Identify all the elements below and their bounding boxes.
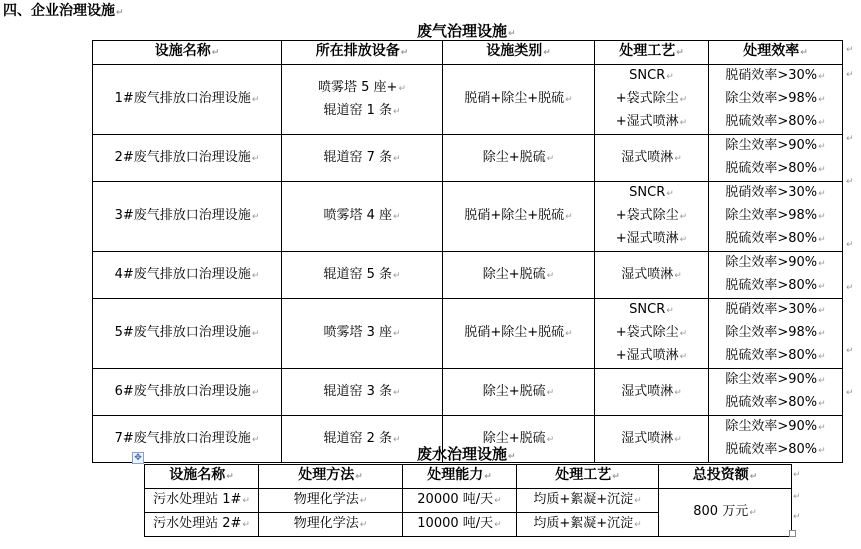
header-cell: 处理方法↵ [259, 465, 403, 489]
category-cell: 除尘+脱硫↵ [443, 135, 595, 182]
header-cell: 设施名称↵ [145, 465, 259, 489]
process-cell: SNCR↵+袋式除尘↵+湿式喷淋↵ [595, 299, 709, 369]
table-row: 3#废气排放口治理设施↵ 喷雾塔 4 座↵ 脱硝+除尘+脱硫↵ SNCR↵+袋式… [93, 182, 843, 252]
efficiency-cell: 脱硝效率>30%↵除尘效率>98%↵脱硫效率>80%↵ [709, 299, 843, 369]
capacity-cell: 20000 吨/天↵ [403, 489, 517, 513]
process-cell: 均质+絮凝+沉淀↵ [517, 489, 659, 513]
row-end-mark: ↵ [846, 70, 854, 80]
paragraph-mark: ↵ [508, 452, 516, 462]
header-cell: 所在排放设备↵ [282, 41, 443, 65]
row-end-mark: ↵ [846, 346, 854, 356]
method-cell: 物理化学法↵ [259, 513, 403, 537]
facility-name-cell: 2#废气排放口治理设施↵ [93, 135, 282, 182]
waste-gas-table: 设施名称↵ 所在排放设备↵ 设施类别↵ 处理工艺↵ 处理效率↵ 1#废气排放口治… [92, 40, 843, 463]
paragraph-mark: ↵ [116, 8, 124, 18]
equipment-cell: 喷雾塔 4 座↵ [282, 182, 443, 252]
header-cell: 处理工艺↵ [517, 465, 659, 489]
efficiency-cell: 除尘效率>90%↵脱硫效率>80%↵ [709, 369, 843, 416]
facility-name-cell: 5#废气排放口治理设施↵ [93, 299, 282, 369]
row-end-mark: ↵ [793, 512, 801, 522]
process-cell: 湿式喷淋↵ [595, 135, 709, 182]
row-end-mark: ↵ [846, 240, 854, 250]
table-row: 2#废气排放口治理设施↵ 辊道窑 7 条↵ 除尘+脱硫↵ 湿式喷淋↵ 除尘效率>… [93, 135, 843, 182]
table-header-row: 设施名称↵ 处理方法↵ 处理能力↵ 处理工艺↵ 总投资额↵ [145, 465, 792, 489]
process-cell: SNCR↵+袋式除尘↵+湿式喷淋↵ [595, 65, 709, 135]
process-cell: 湿式喷淋↵ [595, 369, 709, 416]
row-end-mark: ↵ [793, 492, 801, 502]
efficiency-cell: 除尘效率>90%↵脱硫效率>80%↵ [709, 135, 843, 182]
water-table-caption: 废水治理设施↵ [417, 445, 516, 466]
header-cell: 总投资额↵ [659, 465, 792, 489]
category-cell: 脱硝+除尘+脱硫↵ [443, 299, 595, 369]
row-end-mark: ↵ [846, 134, 854, 144]
facility-name-cell: 污水处理站 2#↵ [145, 513, 259, 537]
efficiency-cell: 脱硝效率>30%↵除尘效率>98%↵脱硫效率>80%↵ [709, 182, 843, 252]
category-cell: 脱硝+除尘+脱硫↵ [443, 182, 595, 252]
table-header-row: 设施名称↵ 所在排放设备↵ 设施类别↵ 处理工艺↵ 处理效率↵ [93, 41, 843, 65]
section-heading: 四、企业治理设施↵ [3, 2, 124, 22]
table-row: 1#废气排放口治理设施↵ 喷雾塔 5 座+↵辊道窑 1 条↵ 脱硝+除尘+脱硫↵… [93, 65, 843, 135]
capacity-cell: 10000 吨/天↵ [403, 513, 517, 537]
process-cell: 湿式喷淋↵ [595, 416, 709, 463]
row-end-mark: ↵ [846, 388, 854, 398]
table-row: 污水处理站 1#↵ 物理化学法↵ 20000 吨/天↵ 均质+絮凝+沉淀↵ 80… [145, 489, 792, 513]
facility-name-cell: 污水处理站 1#↵ [145, 489, 259, 513]
equipment-cell: 喷雾塔 5 座+↵辊道窑 1 条↵ [282, 65, 443, 135]
row-end-mark: ↵ [793, 470, 801, 480]
row-end-mark: ↵ [846, 177, 854, 187]
waste-water-table: 设施名称↵ 处理方法↵ 处理能力↵ 处理工艺↵ 总投资额↵ 污水处理站 1#↵ … [144, 464, 792, 537]
efficiency-cell: 除尘效率>90%↵脱硫效率>80%↵ [709, 252, 843, 299]
efficiency-cell: 除尘效率>90%↵脱硫效率>80%↵ [709, 416, 843, 463]
table-row: 4#废气排放口治理设施↵ 辊道窑 5 条↵ 除尘+脱硫↵ 湿式喷淋↵ 除尘效率>… [93, 252, 843, 299]
table-move-handle-icon[interactable]: ✥ [132, 452, 144, 464]
header-cell: 处理工艺↵ [595, 41, 709, 65]
table-resize-handle[interactable] [789, 530, 796, 537]
table-row: 6#废气排放口治理设施↵ 辊道窑 3 条↵ 除尘+脱硫↵ 湿式喷淋↵ 除尘效率>… [93, 369, 843, 416]
equipment-cell: 辊道窑 7 条↵ [282, 135, 443, 182]
category-cell: 脱硝+除尘+脱硫↵ [443, 65, 595, 135]
total-investment-cell: 800 万元↵ [659, 489, 792, 537]
row-end-mark: ↵ [846, 45, 854, 55]
header-cell: 处理能力↵ [403, 465, 517, 489]
facility-name-cell: 1#废气排放口治理设施↵ [93, 65, 282, 135]
facility-name-cell: 7#废气排放口治理设施↵ [93, 416, 282, 463]
facility-name-cell: 4#废气排放口治理设施↵ [93, 252, 282, 299]
equipment-cell: 辊道窑 5 条↵ [282, 252, 443, 299]
equipment-cell: 喷雾塔 3 座↵ [282, 299, 443, 369]
table-row: 5#废气排放口治理设施↵ 喷雾塔 3 座↵ 脱硝+除尘+脱硫↵ SNCR↵+袋式… [93, 299, 843, 369]
process-cell: 湿式喷淋↵ [595, 252, 709, 299]
header-cell: 设施类别↵ [443, 41, 595, 65]
facility-name-cell: 6#废气排放口治理设施↵ [93, 369, 282, 416]
paragraph-mark: ↵ [508, 29, 516, 39]
process-cell: SNCR↵+袋式除尘↵+湿式喷淋↵ [595, 182, 709, 252]
header-cell: 处理效率↵ [709, 41, 843, 65]
equipment-cell: 辊道窑 3 条↵ [282, 369, 443, 416]
row-end-mark: ↵ [846, 283, 854, 293]
empty-paragraph-mark: ↵ [227, 428, 235, 438]
category-cell: 除尘+脱硫↵ [443, 369, 595, 416]
efficiency-cell: 脱硝效率>30%↵除尘效率>98%↵脱硫效率>80%↵ [709, 65, 843, 135]
header-cell: 设施名称↵ [93, 41, 282, 65]
category-cell: 除尘+脱硫↵ [443, 252, 595, 299]
method-cell: 物理化学法↵ [259, 489, 403, 513]
process-cell: 均质+絮凝+沉淀↵ [517, 513, 659, 537]
facility-name-cell: 3#废气排放口治理设施↵ [93, 182, 282, 252]
